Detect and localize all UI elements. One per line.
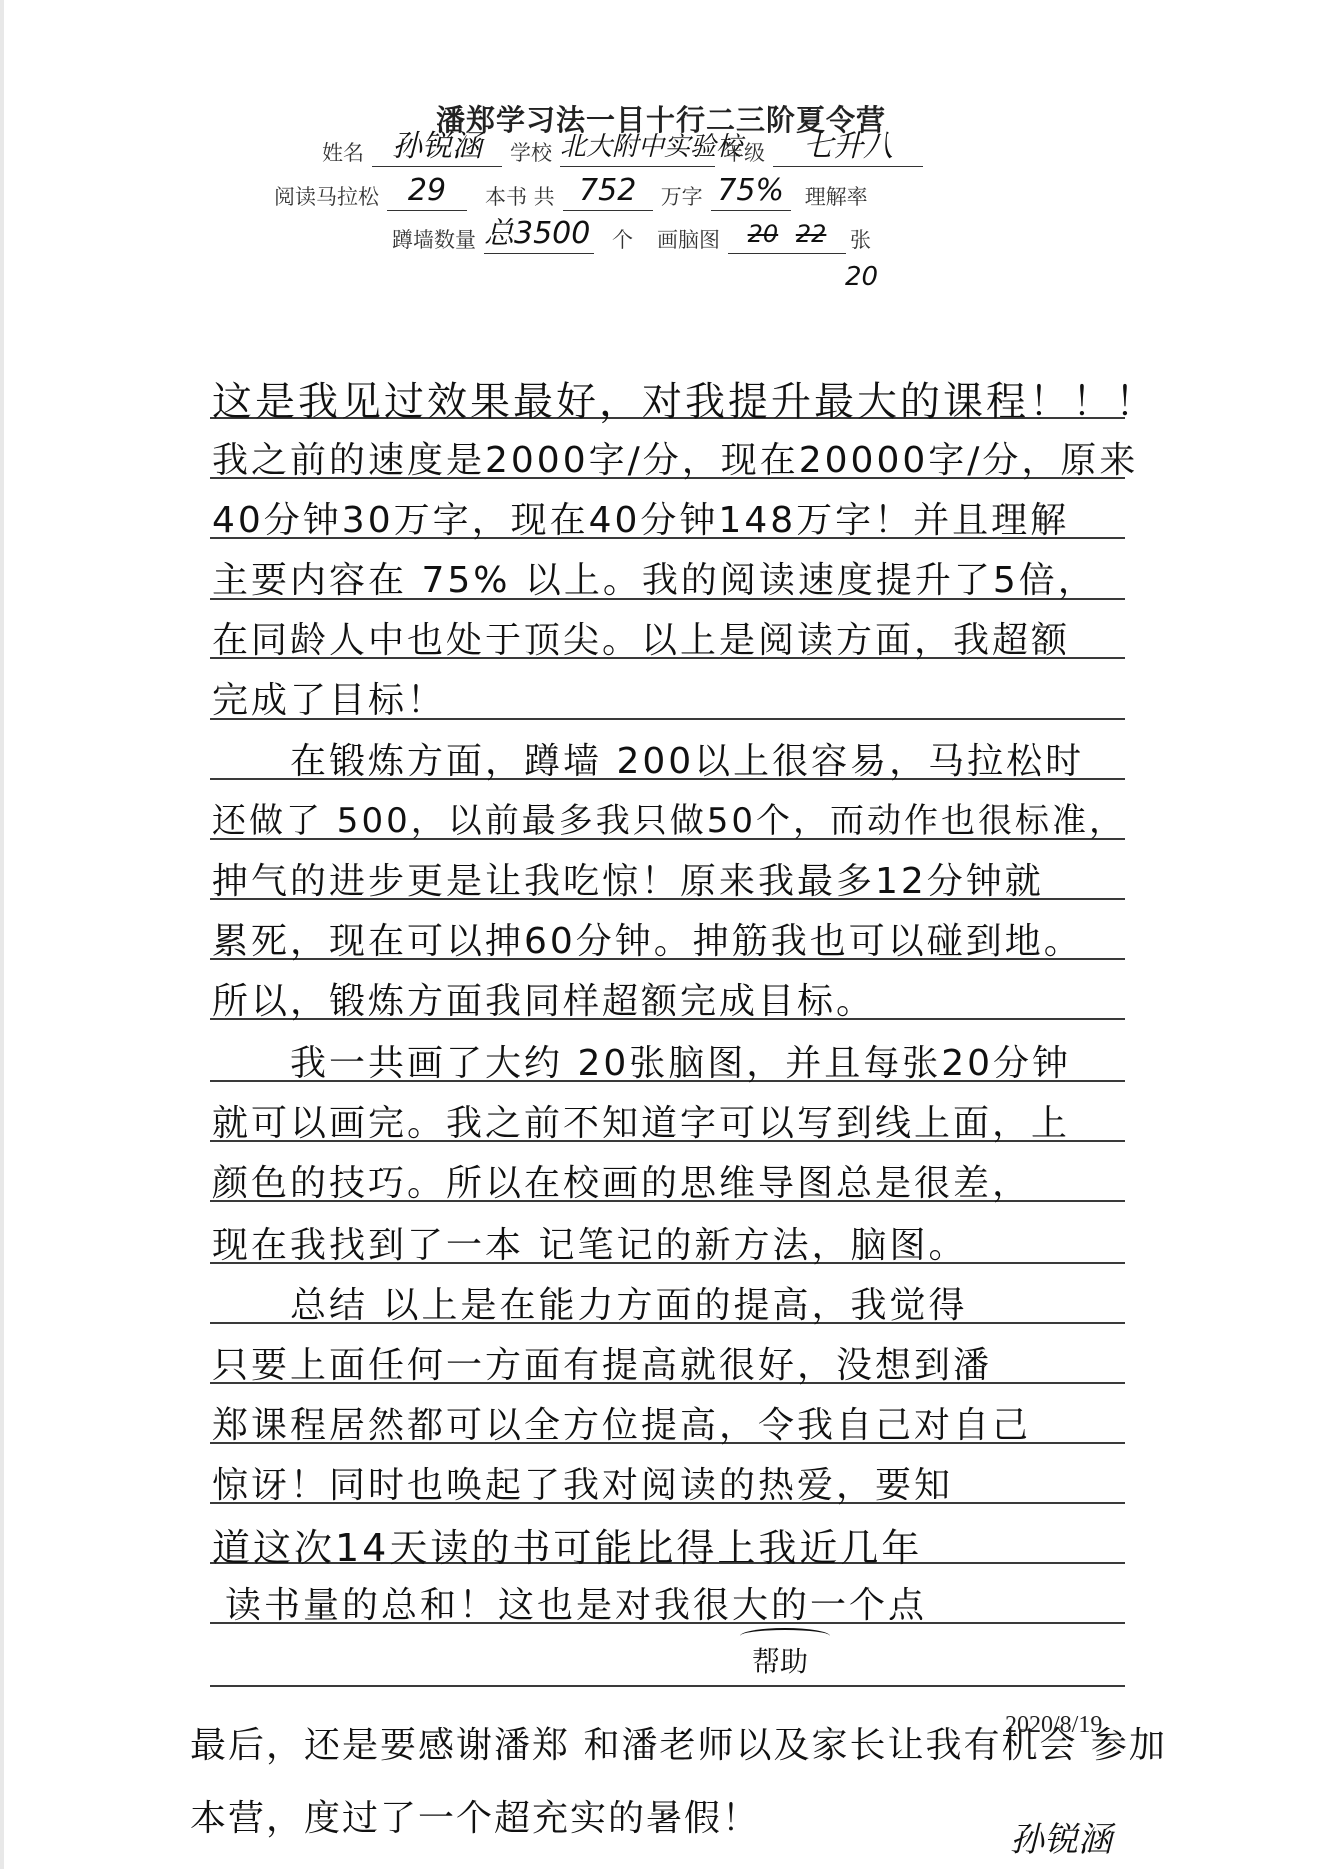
body-line-10: 累死，现在可以抻60分钟。抻筋我也可以碰到地。 [212, 913, 1083, 964]
marathon-label: 阅读马拉松 [270, 181, 383, 211]
form-row-reading-stats: 阅读马拉松 29 本书 共 752 万字 75% 理解率 [270, 172, 872, 211]
body-line-5: 在同龄人中也处于顶尖。以上是阅读方面，我超额 [212, 612, 1070, 663]
body-line-15: 现在我找到了一本 记笔记的新方法，脑图。 [212, 1217, 967, 1268]
body-line-11: 所以，锻炼方面我同样超额完成目标。 [212, 973, 875, 1024]
mindmap-struck-value-1: 20 [748, 220, 779, 248]
marathon-count-field: 29 [387, 172, 467, 211]
body-line-9: 抻气的进步更是让我吃惊！原来我最多12分钟就 [212, 853, 1044, 904]
grade-field: 七升八 [773, 128, 923, 167]
name-label: 姓名 [318, 137, 368, 167]
wall-squat-field: 总3500 [484, 215, 594, 254]
comprehension-field: 75% [711, 172, 791, 211]
body-line-4: 主要内容在 75% 以上。我的阅读速度提升了5倍， [212, 552, 1097, 603]
body-line-8: 还做了 500，以前最多我只做50个，而动作也很标准， [212, 793, 1126, 842]
ruled-line [210, 1685, 1125, 1687]
date-stamp: 2020/8/19 [1005, 1712, 1102, 1739]
comprehension-label: 理解率 [795, 181, 872, 211]
mindmap-unit-label: 张 [850, 224, 875, 254]
body-line-16: 总结 以上是在能力方面的提高，我觉得 [290, 1277, 967, 1328]
body-line-13: 就可以画完。我之前不知道字可以写到线上面，上 [212, 1095, 1070, 1146]
inserted-word: 帮助 [752, 1640, 808, 1680]
body-line-20: 道这次14天读的书可能比得上我近几年 [212, 1517, 922, 1572]
closing-line-2: 本营，度过了一个超充实的暑假！ [190, 1790, 760, 1841]
mindmap-label: 画脑图 [637, 224, 724, 254]
books-label: 本书 共 [471, 181, 559, 211]
body-line-2: 我之前的速度是2000字/分，现在20000字/分，原来 [212, 432, 1138, 483]
body-line-19: 惊讶！同时也唤起了我对阅读的热爱，要知 [212, 1457, 953, 1508]
body-line-1: 这是我见过效果最好，对我提升最大的课程！！！ [212, 370, 1158, 427]
body-line-14: 颜色的技巧。所以在校画的思维导图总是很差， [212, 1155, 1031, 1206]
school-field: 北大附中实验校 [560, 128, 715, 167]
mindmap-corrected-value: 20 [845, 262, 878, 292]
name-field: 孙锐涵 [372, 128, 502, 167]
body-line-6: 完成了目标！ [212, 672, 446, 723]
body-line-21: 读书量的总和！这也是对我很大的一个点 [225, 1577, 927, 1628]
body-line-3: 40分钟30万字，现在40分钟148万字！并且理解 [212, 492, 1069, 543]
grade-label: 年级 [719, 137, 769, 167]
school-label: 学校 [506, 137, 556, 167]
body-line-7: 在锻炼方面，蹲墙 200以上很容易，马拉松时 [290, 733, 1084, 784]
form-row-student-info: 姓名 孙锐涵 学校 北大附中实验校 年级 七升八 [318, 128, 927, 167]
mindmap-count-field: 20 22 [728, 215, 846, 254]
body-line-17: 只要上面任何一方面有提高就很好，没想到潘 [212, 1337, 992, 1388]
wall-squat-label: 蹲墙数量 [388, 224, 480, 254]
mindmap-struck-value-2: 22 [796, 220, 827, 248]
total-words-field: 752 [563, 172, 653, 211]
body-line-12: 我一共画了大约 20张脑图，并且每张20分钟 [290, 1035, 1071, 1086]
body-line-18: 郑课程居然都可以全方位提高，令我自己对自己 [212, 1397, 1031, 1448]
signature: 孙锐涵 [1010, 1812, 1112, 1861]
scan-edge [0, 0, 4, 1869]
form-row-exercise-stats: 蹲墙数量 总3500 个 画脑图 20 22 张 [388, 215, 875, 254]
wall-squat-unit-label: 个 [598, 224, 637, 254]
words-unit-label: 万字 [657, 181, 707, 211]
